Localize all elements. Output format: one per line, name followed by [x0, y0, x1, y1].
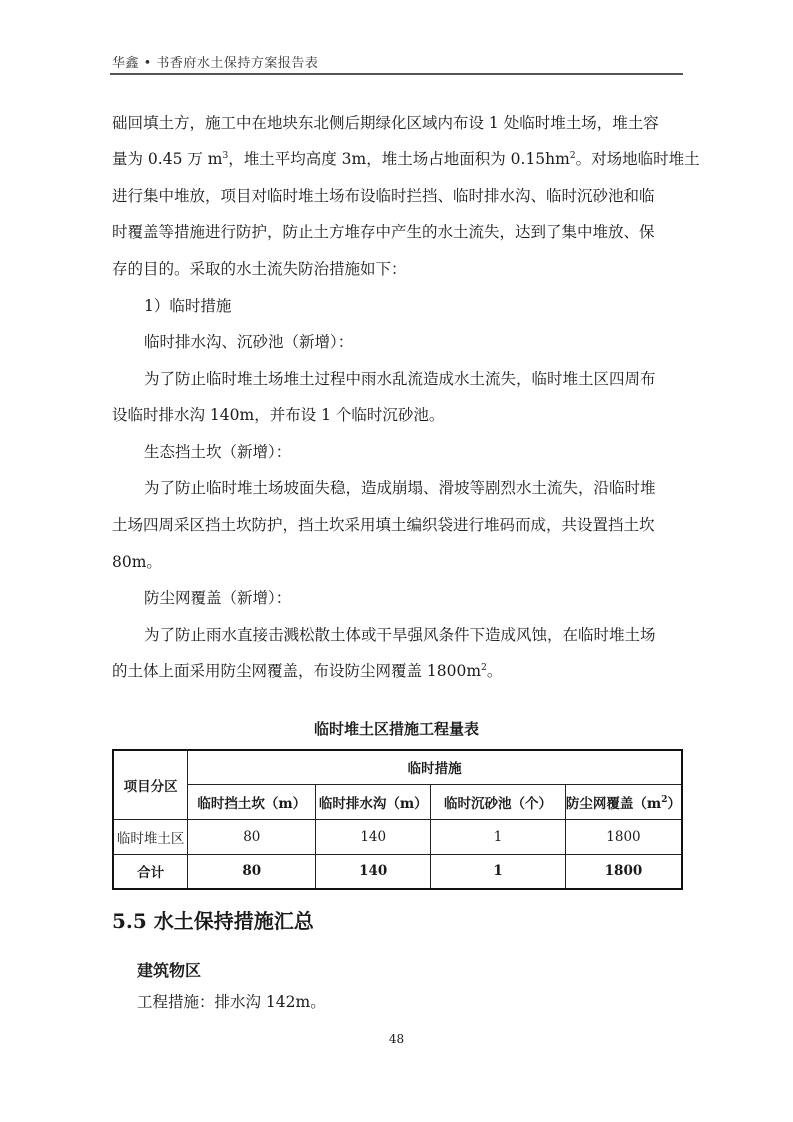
column-header: 临时挡土坎（m） — [188, 784, 316, 819]
paragraph-line: 为了防止临时堆土场堆土过程中雨水乱流造成水土流失，临时堆土区四周布 — [144, 369, 715, 389]
table-cell: 1800 — [565, 854, 682, 889]
table-cell: 80 — [188, 819, 316, 854]
paragraph-line: 存的目的。采取的水土流失防治措施如下： — [112, 259, 683, 279]
paragraph-line: 的土体上面采用防尘网覆盖，布设防尘网覆盖 1800m2。 — [112, 661, 683, 681]
drain-heading: 临时排水沟、沉砂池（新增）： — [144, 332, 715, 352]
paragraph-line: 为了防止雨水直接击溅松散土体或干旱强风条件下造成风蚀，在临时堆土场 — [144, 625, 715, 645]
table-cell: 140 — [316, 854, 431, 889]
table-cell: 140 — [316, 819, 431, 854]
running-header: 华鑫 • 书香府水土保持方案报告表 — [112, 52, 318, 71]
row-header-cell: 项目分区 — [113, 750, 188, 819]
section-heading: 5.5 水土保持措施汇总 — [112, 905, 314, 934]
paragraph-line: 设临时排水沟 140m，并布设 1 个临时沉砂池。 — [112, 405, 683, 425]
table-cell: 1 — [431, 819, 566, 854]
wall-heading: 生态挡土坎（新增）： — [144, 442, 715, 462]
subsection-heading: 建筑物区 — [137, 958, 201, 981]
table-cell: 1800 — [565, 819, 682, 854]
paragraph-line: 土场四周采区挡土坎防护，挡土坎采用填土编织袋进行堆码而成，共设置挡土坎 — [112, 515, 683, 535]
table-cell: 1 — [431, 854, 566, 889]
row-label: 临时堆土区 — [113, 819, 188, 854]
paragraph-line: 础回填土方，施工中在地块东北侧后期绿化区域内布设 1 处临时堆土场，堆土容 — [112, 113, 683, 133]
paragraph-line: 工程措施：排水沟 142m。 — [137, 992, 708, 1012]
paragraph-line: 为了防止临时堆土场坡面失稳，造成崩塌、滑坡等剧烈水土流失，沿临时堆 — [144, 478, 715, 498]
group-header-cell: 临时措施 — [188, 750, 682, 784]
paragraph-line: 时覆盖等措施进行防护，防止土方堆存中产生的水土流失，达到了集中堆放、保 — [112, 222, 683, 242]
column-header: 临时沉砂池（个） — [431, 784, 566, 819]
measures-heading: 1）临时措施 — [144, 296, 715, 316]
column-header: 防尘网覆盖（m2） — [565, 784, 682, 819]
table-row: 临时堆土区 80 140 1 1800 — [113, 819, 682, 854]
table-row-total: 合计 80 140 1 1800 — [113, 854, 682, 889]
row-label: 合计 — [113, 854, 188, 889]
table-caption: 临时堆土区措施工程量表 — [0, 718, 793, 739]
paragraph-line: 进行集中堆放，项目对临时堆土场布设临时拦挡、临时排水沟、临时沉砂池和临 — [112, 186, 683, 206]
net-heading: 防尘网覆盖（新增）： — [144, 588, 715, 608]
column-header: 临时排水沟（m） — [316, 784, 431, 819]
page-number: 48 — [0, 1032, 793, 1046]
table-cell: 80 — [188, 854, 316, 889]
header-rule — [110, 73, 683, 75]
paragraph-line: 80m。 — [112, 552, 683, 572]
paragraph-line: 量为 0.45 万 m3，堆土平均高度 3m，堆土场占地面积为 0.15hm2。… — [112, 149, 683, 169]
measures-table: 项目分区 临时措施 临时挡土坎（m） 临时排水沟（m） 临时沉砂池（个） 防尘网… — [112, 749, 683, 890]
